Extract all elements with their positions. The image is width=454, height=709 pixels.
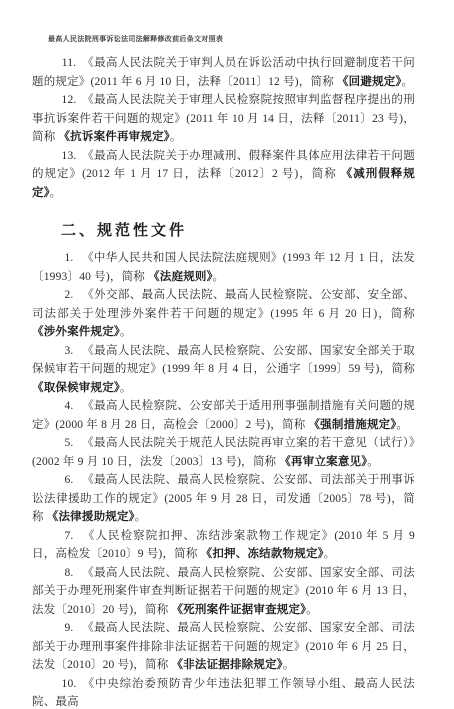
short-title-bold: 《法律援助规定》 [47, 511, 135, 523]
list-item: 3.《最高人民法院、最高人民检察院、公安部、国家安全部关于取保候审若干问题的规定… [32, 342, 415, 398]
list-item: 10.《中央综治委预防青少年违法犯罪工作领导小组、最高人民法院、最高 [32, 675, 415, 709]
item-number: 12. [56, 91, 82, 110]
item-number: 8. [56, 564, 82, 583]
item-text: 《最高人民法院、最高人民检察院、公安部、国家安全部关于取保候审若干问题的规定》(… [32, 345, 415, 376]
list-item: 12.《最高人民法院关于审理人民检察院按照审判监督程序提出的刑事抗诉案件若干问题… [32, 91, 415, 147]
list-item: 11.《最高人民法院关于审判人员在诉讼活动中执行回避制度若干问题的规定》(201… [32, 54, 415, 91]
section-title: 二、规范性文件 [32, 219, 415, 243]
item-text: 。 [396, 419, 408, 431]
short-title-bold: 《法庭规则》 [148, 271, 212, 283]
list-item: 8.《最高人民法院、最高人民检察院、公安部、国家安全部、司法部关于办理死刑案件审… [32, 564, 415, 620]
list-top-items: 11.《最高人民法院关于审判人员在诉讼活动中执行回避制度若干问题的规定》(201… [32, 54, 415, 202]
list-item: 7.《人民检察院扣押、冻结涉案款物工作规定》(2010 年 5 月 9 日，高检… [32, 527, 415, 564]
short-title-bold: 《非法证据排除规定》 [171, 659, 282, 671]
short-title-bold: 《再审立案意见》 [279, 456, 367, 468]
item-number: 11. [56, 54, 82, 73]
item-text: 。 [324, 548, 336, 560]
list-section-items: 1.《中华人民共和国人民法院法庭规则》(1993 年 12 月 1 日，法发〔1… [32, 249, 415, 709]
item-text: 。 [283, 659, 295, 671]
list-item: 9.《最高人民法院、最高人民检察院、公安部、国家安全部、司法部关于办理刑事案件排… [32, 619, 415, 675]
item-number: 6. [56, 471, 82, 490]
short-title-bold: 《抗诉案件再审规定》 [58, 131, 169, 143]
list-item: 5.《最高人民法院关于规范人民法院再审立案的若干意见（试行）》(2002 年 9… [32, 434, 415, 471]
item-number: 5. [56, 434, 82, 453]
item-text: 。 [213, 271, 225, 283]
running-header: 最高人民法院刑事诉讼法司法解释修改前后条文对照表 [48, 34, 223, 44]
list-item: 2.《外交部、最高人民法院、最高人民检察院、公安部、安全部、司法部关于处理涉外案… [32, 286, 415, 342]
item-text: 。 [401, 76, 413, 88]
short-title-bold: 《扣押、冻结款物规定》 [201, 548, 324, 560]
item-number: 2. [56, 286, 82, 305]
item-number: 7. [56, 527, 82, 546]
item-text: 。 [135, 511, 147, 523]
short-title-bold: 《死刑案件证据审查规定》 [171, 604, 306, 616]
item-number: 13. [56, 147, 82, 166]
item-number: 3. [56, 342, 82, 361]
item-number: 1. [56, 249, 82, 268]
short-title-bold: 《强制措施规定》 [308, 419, 396, 431]
item-number: 4. [56, 397, 82, 416]
item-text: 。 [120, 382, 132, 394]
item-text: 。 [367, 456, 379, 468]
short-title-bold: 《回避规定》 [337, 76, 401, 88]
item-text: 《中央综治委预防青少年违法犯罪工作领导小组、最高人民法院、最高 [32, 678, 415, 709]
short-title-bold: 《取保候审规定》 [32, 382, 120, 394]
item-text: 。 [120, 326, 132, 338]
item-text: 。 [306, 604, 318, 616]
list-item: 13.《最高人民法院关于办理减刑、假释案件具体应用法律若干问题的规定》(2012… [32, 147, 415, 203]
list-item: 4.《最高人民检察院、公安部关于适用刑事强制措施有关问题的规定》(2000 年 … [32, 397, 415, 434]
document-page: 最高人民法院刑事诉讼法司法解释修改前后条文对照表 11.《最高人民法院关于审判人… [0, 0, 454, 709]
document-body: 11.《最高人民法院关于审判人员在诉讼活动中执行回避制度若干问题的规定》(201… [32, 54, 415, 709]
item-text: 。 [170, 131, 182, 143]
item-text: 《外交部、最高人民法院、最高人民检察院、公安部、安全部、司法部关于处理涉外案件若… [32, 289, 415, 320]
item-text: 。 [50, 187, 62, 199]
short-title-bold: 《涉外案件规定》 [32, 326, 120, 338]
item-number: 10. [56, 675, 82, 694]
list-item: 6.《最高人民法院、最高人民检察院、公安部、司法部关于刑事诉讼法律援助工作的规定… [32, 471, 415, 527]
list-item: 1.《中华人民共和国人民法院法庭规则》(1993 年 12 月 1 日，法发〔1… [32, 249, 415, 286]
item-number: 9. [56, 619, 82, 638]
